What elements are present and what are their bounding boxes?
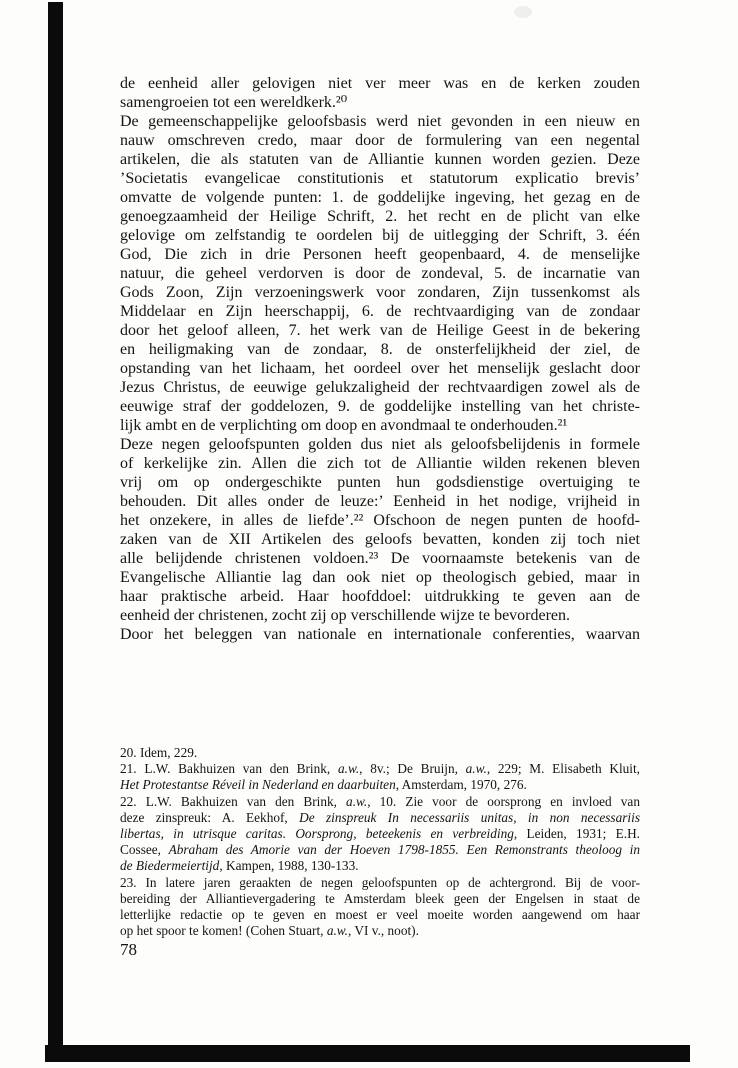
footnote-text-italic: Abraham des Amorie van der Hoeven 1798-1…	[169, 842, 640, 857]
body-line: alle belijdende christenen voldoen.²³ De…	[120, 549, 640, 568]
footnotes: 20. Idem, 229.21. L.W. Bakhuizen van den…	[120, 745, 640, 939]
footnote-line: 22. L.W. Bakhuizen van den Brink, a.w., …	[120, 794, 640, 810]
footnote-text-italic: a.w.	[338, 761, 359, 776]
paragraph: Deze negen geloofspunten golden dus niet…	[120, 435, 640, 625]
body-line: gelovige om zelfstandig te oordelen bij …	[120, 226, 640, 245]
footnote-text: , Amsterdam, 1970, 276.	[396, 777, 527, 792]
footnote-text: Cossee,	[120, 842, 169, 857]
footnote-text: , Kampen, 1988, 130-133.	[219, 858, 358, 873]
footnote-line: Cossee, Abraham des Amorie van der Hoeve…	[120, 842, 640, 858]
footnote-text: , 229; M. Elisabeth Kluit,	[487, 761, 640, 776]
footnote-text: op het spoor te komen! (Cohen Stuart,	[120, 923, 327, 938]
footnote-text: , Leiden, 1931; E.H.	[514, 826, 640, 841]
body-line: natuur, die geheel verdorven is door de …	[120, 264, 640, 283]
page-number: 78	[120, 940, 137, 960]
footnote-line: libertas, in utrisque caritas. Oorsprong…	[120, 826, 640, 842]
paragraph: de eenheid aller gelovigen niet ver meer…	[120, 74, 640, 112]
footnote-text: 20. Idem, 229.	[120, 745, 197, 760]
footnote-text: 21. L.W. Bakhuizen van den Brink,	[120, 761, 338, 776]
scanned-book-page: de eenheid aller gelovigen niet ver meer…	[0, 0, 738, 1068]
footnote-line: letterlijke redactie op te geven en moes…	[120, 907, 640, 923]
body-line: artikelen, die als statuten van de Allia…	[120, 150, 640, 169]
footnote-text-italic: libertas, in utrisque caritas. Oorsprong…	[120, 826, 514, 841]
body-line: zaken van de XII Artikelen des geloofs b…	[120, 530, 640, 549]
footnote-line: 20. Idem, 229.	[120, 745, 640, 761]
body-line: lijk ambt en de verplichting om doop en …	[120, 416, 640, 435]
body-line: haar praktische arbeid. Haar hoofddoel: …	[120, 587, 640, 606]
body-line: God, Die zich in drie Personen heeft geo…	[120, 245, 640, 264]
footnote-text-italic: De zinspreuk In necessariis unitas, in n…	[299, 810, 640, 825]
footnote-text: , 8v.; De Bruijn,	[359, 761, 466, 776]
body-line: samengroeien tot een wereldkerk.²⁰	[120, 93, 640, 112]
body-line: opstanding van het lichaam, het oordeel …	[120, 359, 640, 378]
footnote-text: letterlijke redactie op te geven en moes…	[120, 907, 640, 922]
body-line: vrij om op ondergeschikte punten hun god…	[120, 473, 640, 492]
body-line: genoegzaamheid der Heilige Schrift, 2. h…	[120, 207, 640, 226]
footnote-text: , 10. Zie voor de oorsprong en invloed v…	[367, 794, 640, 809]
body-line: Door het beleggen van nationale en inter…	[120, 625, 640, 644]
body-line: De gemeenschappelijke geloofsbasis werd …	[120, 112, 640, 131]
body-line: Jezus Christus, de eeuwige gelukzalighei…	[120, 378, 640, 397]
footnote-text: , VI v., noot).	[348, 923, 419, 938]
footnote-line: bereiding der Alliantievergadering te Am…	[120, 891, 640, 907]
body-line: Deze negen geloofspunten golden dus niet…	[120, 435, 640, 454]
body-line: omvatte de volgende punten: 1. de goddel…	[120, 188, 640, 207]
body-line: door het geloof alleen, 7. het werk van …	[120, 321, 640, 340]
footnote-line: deze zinspreuk: A. Eekhof, De zinspreuk …	[120, 810, 640, 826]
body-line: of kerkelijke zin. Allen die zich tot de…	[120, 454, 640, 473]
body-text: de eenheid aller gelovigen niet ver meer…	[120, 74, 640, 644]
scan-border-left	[48, 2, 63, 1062]
footnote-text: deze zinspreuk: A. Eekhof,	[120, 810, 299, 825]
footnote-text: bereiding der Alliantievergadering te Am…	[120, 891, 640, 906]
body-line: Gods Zoon, Zijn verzoeningswerk voor zon…	[120, 283, 640, 302]
footnote: 21. L.W. Bakhuizen van den Brink, a.w., …	[120, 761, 640, 793]
footnote-line: Het Protestantse Réveil in Nederland en …	[120, 777, 640, 793]
footnote-line: 21. L.W. Bakhuizen van den Brink, a.w., …	[120, 761, 640, 777]
scan-smudge	[514, 6, 532, 18]
body-line: ’Societatis evangelicae constitutionis e…	[120, 169, 640, 188]
footnote: 20. Idem, 229.	[120, 745, 640, 761]
body-line: de eenheid aller gelovigen niet ver meer…	[120, 74, 640, 93]
footnote-text-italic: a.w.	[466, 761, 487, 776]
footnote-text-italic: de Biedermeiertijd	[120, 858, 219, 873]
paragraph: Door het beleggen van nationale en inter…	[120, 625, 640, 644]
paragraph: De gemeenschappelijke geloofsbasis werd …	[120, 112, 640, 435]
body-line: het onzekere, in alles de liefde’.²² Ofs…	[120, 511, 640, 530]
body-line: Evangelische Alliantie lag dan ook niet …	[120, 568, 640, 587]
body-line: en heiligmaking van de zondaar, 8. de on…	[120, 340, 640, 359]
body-line: Middelaar en Zijn heerschappij, 6. de re…	[120, 302, 640, 321]
footnote-text: 23. In latere jaren geraakten de negen g…	[120, 875, 640, 890]
footnote-line: de Biedermeiertijd, Kampen, 1988, 130-13…	[120, 858, 640, 874]
footnote: 22. L.W. Bakhuizen van den Brink, a.w., …	[120, 794, 640, 875]
body-line: eenheid der christenen, zocht zij op ver…	[120, 606, 640, 625]
footnote: 23. In latere jaren geraakten de negen g…	[120, 875, 640, 940]
body-line: behouden. Dit alles onder de leuze:’ Een…	[120, 492, 640, 511]
footnote-line: op het spoor te komen! (Cohen Stuart, a.…	[120, 923, 640, 939]
footnote-text: 22. L.W. Bakhuizen van den Brink,	[120, 794, 346, 809]
footnote-text-italic: a.w.	[327, 923, 348, 938]
footnote-text-italic: a.w.	[346, 794, 367, 809]
scan-border-bottom	[45, 1045, 690, 1062]
footnote-text-italic: Het Protestantse Réveil in Nederland en …	[120, 777, 396, 792]
footnote-line: 23. In latere jaren geraakten de negen g…	[120, 875, 640, 891]
body-line: nauw omschreven credo, maar door de form…	[120, 131, 640, 150]
body-line: eeuwige straf der goddelozen, 9. de godd…	[120, 397, 640, 416]
